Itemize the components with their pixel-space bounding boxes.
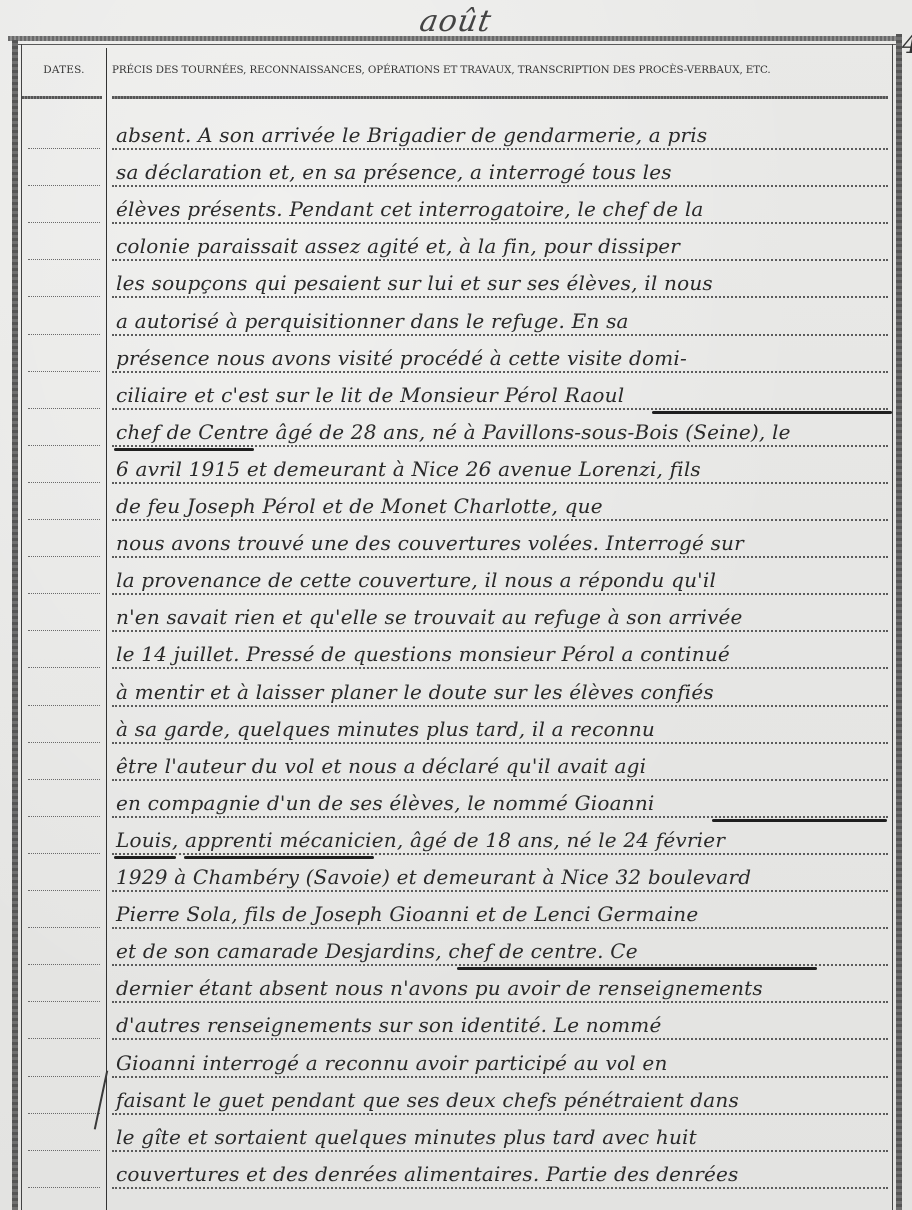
- date-rule: [28, 964, 100, 965]
- handwritten-text: en compagnie d'un de ses élèves, le nomm…: [116, 791, 655, 815]
- date-rule: [28, 1150, 100, 1151]
- handwritten-text: Louis, apprenti mécanicien, âgé de 18 an…: [116, 828, 725, 852]
- text-line: d'autres renseignements sur son identité…: [112, 1002, 888, 1040]
- text-line: dernier étant absent nous n'avons pu avo…: [112, 965, 888, 1003]
- handwritten-text: colonie paraissait assez agité et, à la …: [116, 234, 680, 258]
- text-line: élèves présents. Pendant cet interrogato…: [112, 186, 888, 224]
- text-line: a autorisé à perquisitionner dans le ref…: [112, 298, 888, 336]
- handwritten-text: n'en savait rien et qu'elle se trouvait …: [116, 605, 743, 629]
- text-line: Louis, apprenti mécanicien, âgé de 18 an…: [112, 817, 888, 855]
- text-line: nous avons trouvé une des couvertures vo…: [112, 520, 888, 558]
- text-line: de feu Joseph Pérol et de Monet Charlott…: [112, 483, 888, 521]
- frame-top-border: [8, 36, 902, 41]
- text-line: ciliaire et c'est sur le lit de Monsieur…: [112, 372, 888, 410]
- register-page: août 4 DATES. PRÉCIS DES TOURNÉES, RECON…: [0, 0, 912, 1210]
- text-line: à mentir et à laisser planer le doute su…: [112, 669, 888, 707]
- handwritten-text: être l'auteur du vol et nous a déclaré q…: [116, 754, 646, 778]
- frame-top-line: [12, 44, 898, 45]
- text-line: faisant le guet pendant que ses deux che…: [112, 1077, 888, 1115]
- text-line: la provenance de cette couverture, il no…: [112, 557, 888, 595]
- date-rule: [28, 853, 100, 854]
- text-line: présence nous avons visité procédé à cet…: [112, 335, 888, 373]
- main-column-header: PRÉCIS DES TOURNÉES, RECONNAISSANCES, OP…: [112, 64, 888, 76]
- handwritten-text: sa déclaration et, en sa présence, a int…: [116, 160, 672, 184]
- date-rule: [28, 148, 100, 149]
- header-rule-dates: [22, 96, 102, 99]
- handwritten-text: 1929 à Chambéry (Savoie) et demeurant à …: [116, 865, 751, 889]
- date-rule: [28, 1001, 100, 1002]
- handwritten-text: le 14 juillet. Pressé de questions monsi…: [116, 642, 730, 666]
- handwritten-text: ciliaire et c'est sur le lit de Monsieur…: [116, 383, 624, 407]
- name-underline: [114, 448, 254, 451]
- frame-left-border: [12, 40, 18, 1210]
- name-underline: [712, 819, 887, 822]
- frame-right-line: [892, 44, 893, 1210]
- page-number: 4: [902, 30, 912, 60]
- date-rule: [28, 890, 100, 891]
- name-underline: [457, 967, 817, 970]
- date-rule: [28, 667, 100, 668]
- handwritten-text: Pierre Sola, fils de Joseph Gioanni et d…: [116, 902, 698, 926]
- text-line: colonie paraissait assez agité et, à la …: [112, 223, 888, 261]
- header-rule-main: [112, 96, 888, 99]
- text-line: chef de Centre âgé de 28 ans, né à Pavil…: [112, 409, 888, 447]
- text-line: Gioanni interrogé a reconnu avoir partic…: [112, 1040, 888, 1078]
- text-line: être l'auteur du vol et nous a déclaré q…: [112, 743, 888, 781]
- date-rule: [28, 705, 100, 706]
- date-rule: [28, 1038, 100, 1039]
- date-rule: [28, 1113, 100, 1114]
- date-rule: [28, 742, 100, 743]
- handwritten-text: élèves présents. Pendant cet interrogato…: [116, 197, 704, 221]
- date-rule: [28, 185, 100, 186]
- date-rule: [28, 630, 100, 631]
- text-line: les soupçons qui pesaient sur lui et sur…: [112, 260, 888, 298]
- text-line: n'en savait rien et qu'elle se trouvait …: [112, 594, 888, 632]
- handwritten-text: de feu Joseph Pérol et de Monet Charlott…: [116, 494, 603, 518]
- date-rule: [28, 519, 100, 520]
- handwritten-text: le gîte et sortaient quelques minutes pl…: [116, 1125, 697, 1149]
- date-rule: [28, 1187, 100, 1188]
- text-line: 6 avril 1915 et demeurant à Nice 26 aven…: [112, 446, 888, 484]
- handwritten-text: les soupçons qui pesaient sur lui et sur…: [116, 271, 713, 295]
- text-line: le 14 juillet. Pressé de questions monsi…: [112, 631, 888, 669]
- date-rule: [28, 927, 100, 928]
- frame-left-line: [21, 44, 22, 1210]
- text-line: le gîte et sortaient quelques minutes pl…: [112, 1114, 888, 1152]
- handwritten-text: la provenance de cette couverture, il no…: [116, 568, 716, 592]
- date-rule: [28, 334, 100, 335]
- date-rule: [28, 482, 100, 483]
- handwritten-text: Gioanni interrogé a reconnu avoir partic…: [116, 1051, 668, 1075]
- text-line: sa déclaration et, en sa présence, a int…: [112, 149, 888, 187]
- text-line: et de son camarade Desjardins, chef de c…: [112, 928, 888, 966]
- date-rule: [28, 296, 100, 297]
- frame-right-border: [896, 34, 902, 1210]
- text-line: couvertures et des denrées alimentaires.…: [112, 1151, 888, 1189]
- handwritten-text: d'autres renseignements sur son identité…: [116, 1013, 662, 1037]
- text-line: à sa garde, quelques minutes plus tard, …: [112, 706, 888, 744]
- handwritten-text: à sa garde, quelques minutes plus tard, …: [116, 717, 655, 741]
- text-line: en compagnie d'un de ses élèves, le nomm…: [112, 780, 888, 818]
- date-rule: [28, 556, 100, 557]
- handwritten-text: à mentir et à laisser planer le doute su…: [116, 680, 714, 704]
- date-rule: [28, 371, 100, 372]
- date-rule: [28, 816, 100, 817]
- dates-column-header: DATES.: [22, 64, 106, 76]
- month-annotation: août: [417, 4, 494, 39]
- handwritten-text: et de son camarade Desjardins, chef de c…: [116, 939, 638, 963]
- handwritten-text: nous avons trouvé une des couvertures vo…: [116, 531, 744, 555]
- date-rule: [28, 779, 100, 780]
- dotted-rule: [112, 1187, 888, 1189]
- date-rule: [28, 593, 100, 594]
- handwritten-text: faisant le guet pendant que ses deux che…: [116, 1088, 739, 1112]
- handwritten-text: absent. A son arrivée le Brigadier de ge…: [116, 123, 707, 147]
- date-rule: [28, 408, 100, 409]
- column-divider: [106, 48, 107, 1210]
- handwritten-text: a autorisé à perquisitionner dans le ref…: [116, 309, 629, 333]
- name-underline: [114, 856, 176, 859]
- date-rule: [28, 1076, 100, 1077]
- date-rule: [28, 259, 100, 260]
- name-underline: [652, 411, 892, 414]
- handwritten-text: chef de Centre âgé de 28 ans, né à Pavil…: [116, 420, 791, 444]
- text-line: Pierre Sola, fils de Joseph Gioanni et d…: [112, 891, 888, 929]
- date-rule: [28, 222, 100, 223]
- date-rule: [28, 445, 100, 446]
- name-underline: [184, 856, 374, 859]
- text-line: 1929 à Chambéry (Savoie) et demeurant à …: [112, 854, 888, 892]
- handwritten-text: 6 avril 1915 et demeurant à Nice 26 aven…: [116, 457, 701, 481]
- text-line: absent. A son arrivée le Brigadier de ge…: [112, 112, 888, 150]
- handwritten-text: présence nous avons visité procédé à cet…: [116, 346, 687, 370]
- handwritten-text: dernier étant absent nous n'avons pu avo…: [116, 976, 763, 1000]
- handwritten-text: couvertures et des denrées alimentaires.…: [116, 1162, 739, 1186]
